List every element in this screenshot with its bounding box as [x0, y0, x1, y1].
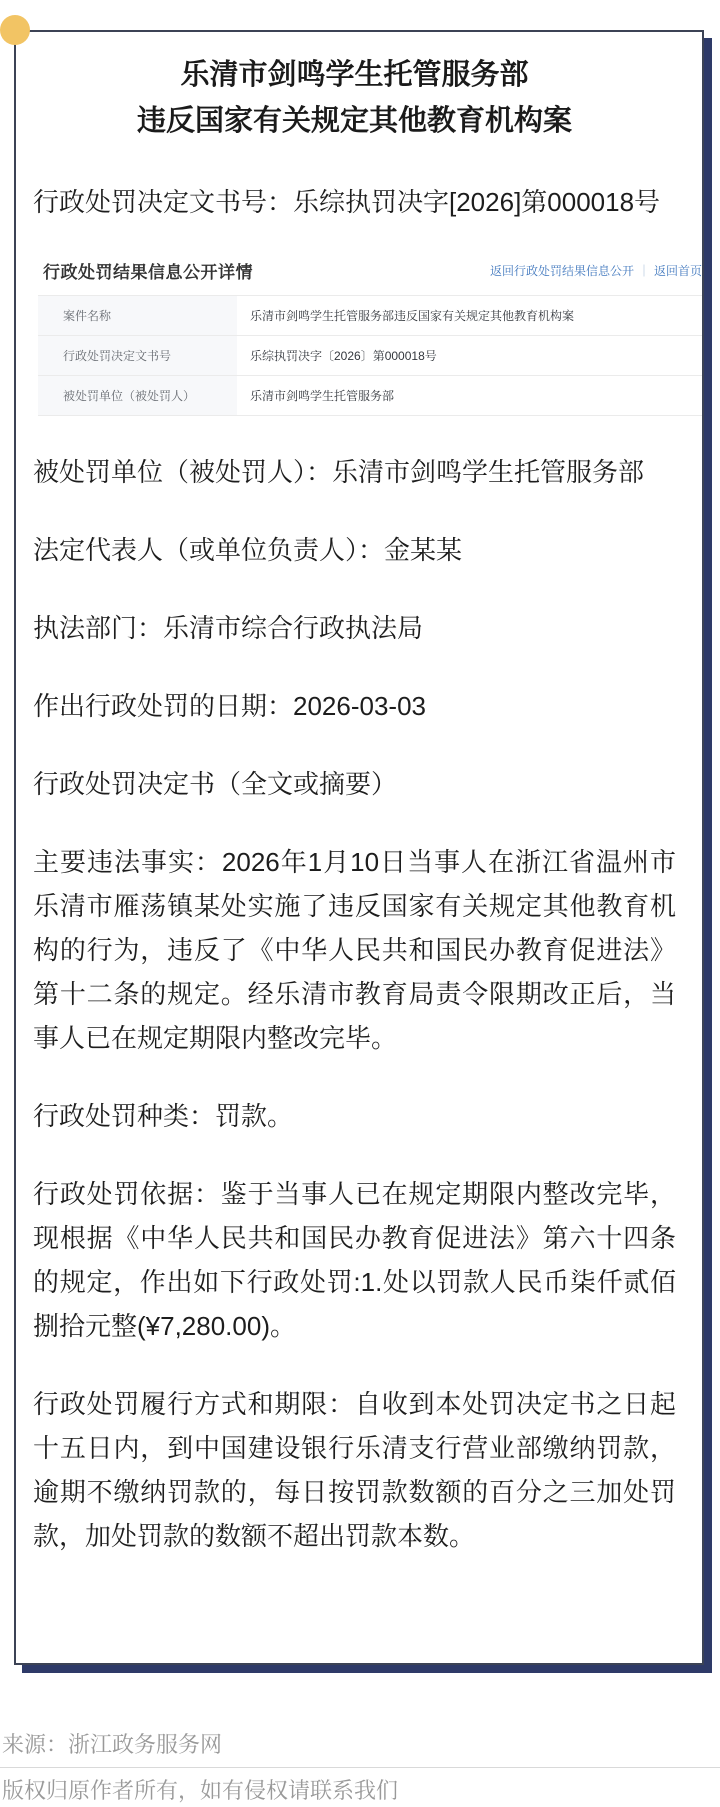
- back-to-list-link: 返回行政处罚结果信息公开: [490, 264, 634, 278]
- accent-circle-decoration: [0, 15, 30, 45]
- article-title-line-1: 乐清市剑鸣学生托管服务部: [33, 52, 676, 98]
- paragraph-document-number: 行政处罚决定文书号：乐综执罚决字[2026]第000018号: [33, 180, 676, 224]
- paragraph-decision-doc-heading: 行政处罚决定书（全文或摘要）: [33, 762, 676, 806]
- paragraph-penalty-execution: 行政处罚履行方式和期限：自收到本处罚决定书之日起十五日内，到中国建设银行乐清支行…: [33, 1382, 676, 1558]
- row-label-punished-party: 被处罚单位（被处罚人）: [38, 376, 237, 415]
- paragraph-enforcement-department: 执法部门：乐清市综合行政执法局: [33, 606, 676, 650]
- article-title: 乐清市剑鸣学生托管服务部 违反国家有关规定其他教育机构案: [33, 52, 676, 144]
- screenshot-nav-links: 返回行政处罚结果信息公开｜返回首页: [490, 262, 702, 279]
- footer-source-text: 来源：浙江政务服务网: [0, 1731, 720, 1767]
- row-value-document-number: 乐综执罚决字〔2026〕第000018号: [237, 336, 702, 375]
- paragraph-main-illegal-facts: 主要违法事实：2026年1月10日当事人在浙江省温州市乐清市雁荡镇某处实施了违反…: [33, 840, 676, 1060]
- row-label-document-number: 行政处罚决定文书号: [38, 336, 237, 375]
- footer-copyright-text: 版权归原作者所有，如有侵权请联系我们: [0, 1768, 720, 1805]
- row-value-punished-party: 乐清市剑鸣学生托管服务部: [237, 376, 702, 415]
- penalty-detail-screenshot[interactable]: 行政处罚结果信息公开详情 返回行政处罚结果信息公开｜返回首页 案件名称 乐清市剑…: [38, 258, 702, 416]
- back-to-home-link: 返回首页: [654, 264, 702, 278]
- article-footer: 来源：浙江政务服务网 版权归原作者所有，如有侵权请联系我们: [0, 1731, 720, 1805]
- penalty-info-table: 案件名称 乐清市剑鸣学生托管服务部违反国家有关规定其他教育机构案 行政处罚决定文…: [38, 295, 702, 416]
- article-title-line-2: 违反国家有关规定其他教育机构案: [33, 98, 676, 144]
- link-separator: ｜: [634, 264, 654, 278]
- table-row: 被处罚单位（被处罚人） 乐清市剑鸣学生托管服务部: [38, 376, 702, 416]
- paragraph-penalty-date: 作出行政处罚的日期：2026-03-03: [33, 684, 676, 728]
- paragraph-penalty-type: 行政处罚种类：罚款。: [33, 1094, 676, 1138]
- screenshot-header: 行政处罚结果信息公开详情 返回行政处罚结果信息公开｜返回首页: [38, 258, 702, 295]
- row-label-case-name: 案件名称: [38, 296, 237, 335]
- paragraph-punished-party: 被处罚单位（被处罚人）：乐清市剑鸣学生托管服务部: [33, 450, 676, 494]
- article-card: 乐清市剑鸣学生托管服务部 违反国家有关规定其他教育机构案 行政处罚决定文书号：乐…: [14, 30, 704, 1665]
- row-value-case-name: 乐清市剑鸣学生托管服务部违反国家有关规定其他教育机构案: [237, 296, 702, 335]
- table-row: 案件名称 乐清市剑鸣学生托管服务部违反国家有关规定其他教育机构案: [38, 296, 702, 336]
- paragraph-penalty-basis: 行政处罚依据：鉴于当事人已在规定期限内整改完毕，现根据《中华人民共和国民办教育促…: [33, 1172, 676, 1348]
- table-row: 行政处罚决定文书号 乐综执罚决字〔2026〕第000018号: [38, 336, 702, 376]
- screenshot-page-title: 行政处罚结果信息公开详情: [43, 258, 253, 283]
- paragraph-legal-representative: 法定代表人（或单位负责人）：金某某: [33, 528, 676, 572]
